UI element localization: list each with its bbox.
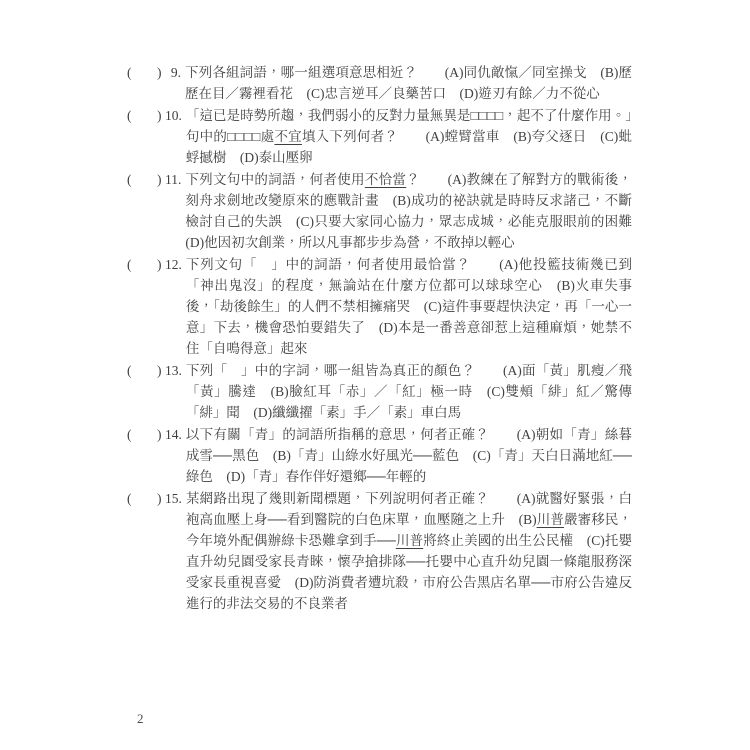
question-item: ()14.以下有關「青」的詞語所指稱的意思，何者正確？ (A)朝如「青」絲暮成雪… (127, 424, 632, 487)
question-number: 10. (165, 105, 186, 126)
question-item: ()10.「這已是時勢所趨，我們弱小的反對力量無異是□□□□，起不了什麼作用。」… (127, 105, 632, 168)
answer-paren-close: ) (157, 62, 165, 83)
question-list: ()9.下列各組詞語，哪一組選項意思相近？ (A)同仇敵愾／同室操戈 (B)歷歷… (127, 62, 632, 615)
answer-paren-close: ) (157, 254, 165, 275)
question-number: 12. (165, 254, 186, 275)
question-text: 下列文句中的詞語，何者使用不恰當？ (A)教練在了解對方的戰術後，刻舟求劍地改變… (185, 169, 632, 253)
answer-paren-close: ) (157, 360, 165, 381)
question-number: 15. (165, 488, 186, 509)
answer-paren-open: ( (127, 105, 157, 126)
question-item: ()13.下列「 」中的字詞，哪一組皆為真正的顏色？ (A)面「黃」肌瘦／飛「黃… (127, 360, 632, 423)
underlined-term: 川普 (396, 533, 423, 548)
question-segment: 下列「 」中的字詞，哪一組皆為真正的顏色？ (A)面「黃」肌瘦／飛「黃」騰達 (… (186, 363, 632, 420)
answer-bracket: ()13. (127, 360, 186, 423)
question-text: 下列「 」中的字詞，哪一組皆為真正的顏色？ (A)面「黃」肌瘦／飛「黃」騰達 (… (186, 360, 632, 423)
question-segment: 以下有關「青」的詞語所指稱的意思，何者正確？ (A)朝如「青」絲暮成雪──黑色 … (186, 427, 632, 484)
question-segment: 下列各組詞語，哪一組選項意思相近？ (A)同仇敵愾／同室操戈 (B)歷歷在目／霧… (185, 65, 632, 101)
question-text: 「這已是時勢所趨，我們弱小的反對力量無異是□□□□，起不了什麼作用。」句中的□□… (186, 105, 632, 168)
underlined-term: 不宜 (274, 129, 302, 144)
page-number: 2 (137, 711, 144, 727)
question-number: 14. (165, 424, 186, 445)
question-item: ()9.下列各組詞語，哪一組選項意思相近？ (A)同仇敵愾／同室操戈 (B)歷歷… (127, 62, 632, 104)
answer-paren-open: ( (127, 424, 157, 445)
answer-paren-open: ( (127, 360, 157, 381)
answer-bracket: ()11. (127, 169, 185, 253)
answer-paren-close: ) (157, 424, 165, 445)
underlined-term: 川普 (537, 512, 564, 527)
question-text: 下列各組詞語，哪一組選項意思相近？ (A)同仇敵愾／同室操戈 (B)歷歷在目／霧… (185, 62, 632, 104)
answer-paren-close: ) (157, 105, 165, 126)
exam-page: ()9.下列各組詞語，哪一組選項意思相近？ (A)同仇敵愾／同室操戈 (B)歷歷… (0, 0, 750, 750)
answer-bracket: ()14. (127, 424, 186, 487)
question-number: 11. (165, 169, 185, 190)
question-text: 以下有關「青」的詞語所指稱的意思，何者正確？ (A)朝如「青」絲暮成雪──黑色 … (186, 424, 632, 487)
underlined-term: 不恰當 (365, 172, 406, 187)
question-text: 下列文句「 」中的詞語，何者使用最恰當？ (A)他投籃技術幾已到「神出鬼沒」的程… (186, 254, 632, 359)
answer-paren-close: ) (157, 169, 165, 190)
answer-bracket: ()15. (127, 488, 186, 614)
question-item: ()15.某網路出現了幾則新聞標題，下列說明何者正確？ (A)就醫好緊張，白袍高… (127, 488, 632, 614)
answer-paren-open: ( (127, 488, 157, 509)
answer-paren-close: ) (157, 488, 165, 509)
answer-bracket: ()12. (127, 254, 186, 359)
question-segment: 下列文句中的詞語，何者使用 (185, 172, 364, 187)
answer-paren-open: ( (127, 254, 157, 275)
question-segment: 下列文句「 」中的詞語，何者使用最恰當？ (A)他投籃技術幾已到「神出鬼沒」的程… (186, 257, 632, 356)
answer-bracket: ()9. (127, 62, 185, 104)
question-item: ()11.下列文句中的詞語，何者使用不恰當？ (A)教練在了解對方的戰術後，刻舟… (127, 169, 632, 253)
question-item: ()12.下列文句「 」中的詞語，何者使用最恰當？ (A)他投籃技術幾已到「神出… (127, 254, 632, 359)
question-number: 13. (165, 360, 186, 381)
answer-bracket: ()10. (127, 105, 186, 168)
question-text: 某網路出現了幾則新聞標題，下列說明何者正確？ (A)就醫好緊張，白袍高血壓上身─… (186, 488, 632, 614)
answer-paren-open: ( (127, 169, 157, 190)
answer-paren-open: ( (127, 62, 157, 83)
question-number: 9. (165, 62, 185, 83)
